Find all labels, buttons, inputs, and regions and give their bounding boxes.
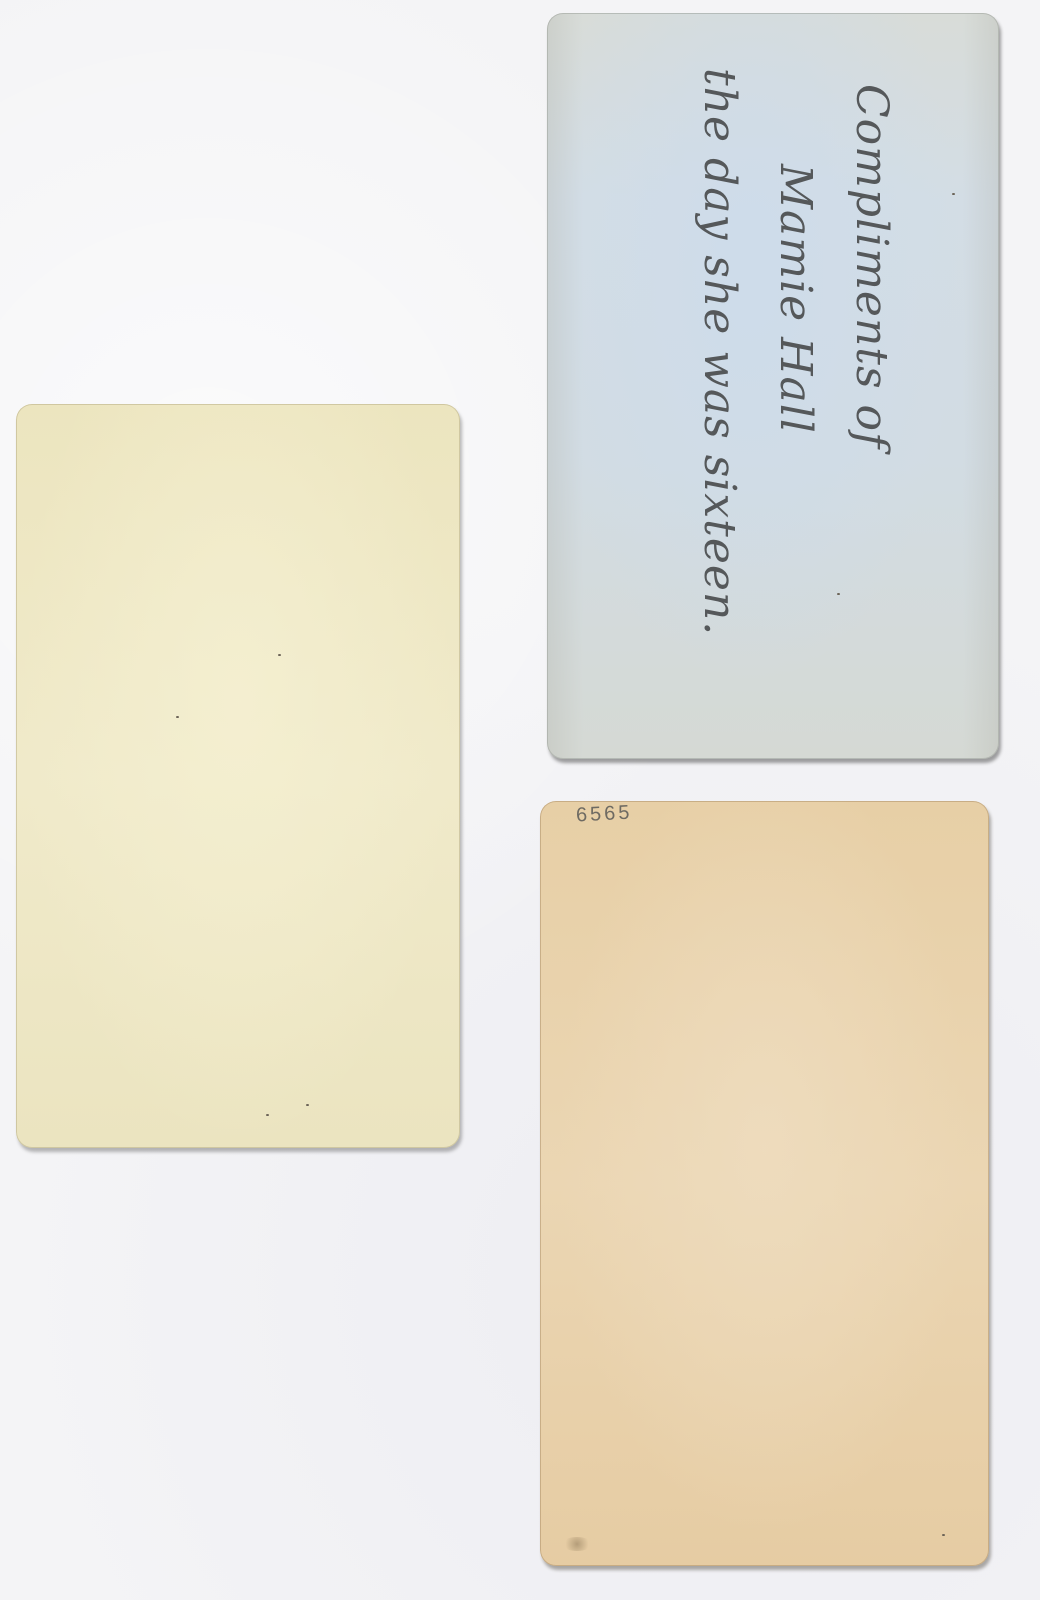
inscription-line-3: the day she was sixteen. xyxy=(681,68,757,688)
speck xyxy=(278,654,281,656)
speck xyxy=(176,716,179,718)
speck xyxy=(952,193,955,195)
tan-card-back: 6565 xyxy=(540,801,989,1566)
speck xyxy=(837,593,840,595)
stain xyxy=(562,1537,592,1551)
speck xyxy=(942,1534,945,1536)
speck xyxy=(306,1104,309,1106)
cream-card-back xyxy=(16,404,460,1148)
inscription-line-2: Mamie Hall xyxy=(757,68,833,688)
inscription-line-1: Compliments of xyxy=(833,68,909,688)
handwritten-inscription: Compliments of Mamie Hall the day she wa… xyxy=(681,68,909,688)
blue-grey-card-back: Compliments of Mamie Hall the day she wa… xyxy=(547,13,999,759)
speck xyxy=(266,1114,269,1116)
pencil-catalog-number: 6565 xyxy=(575,802,633,828)
